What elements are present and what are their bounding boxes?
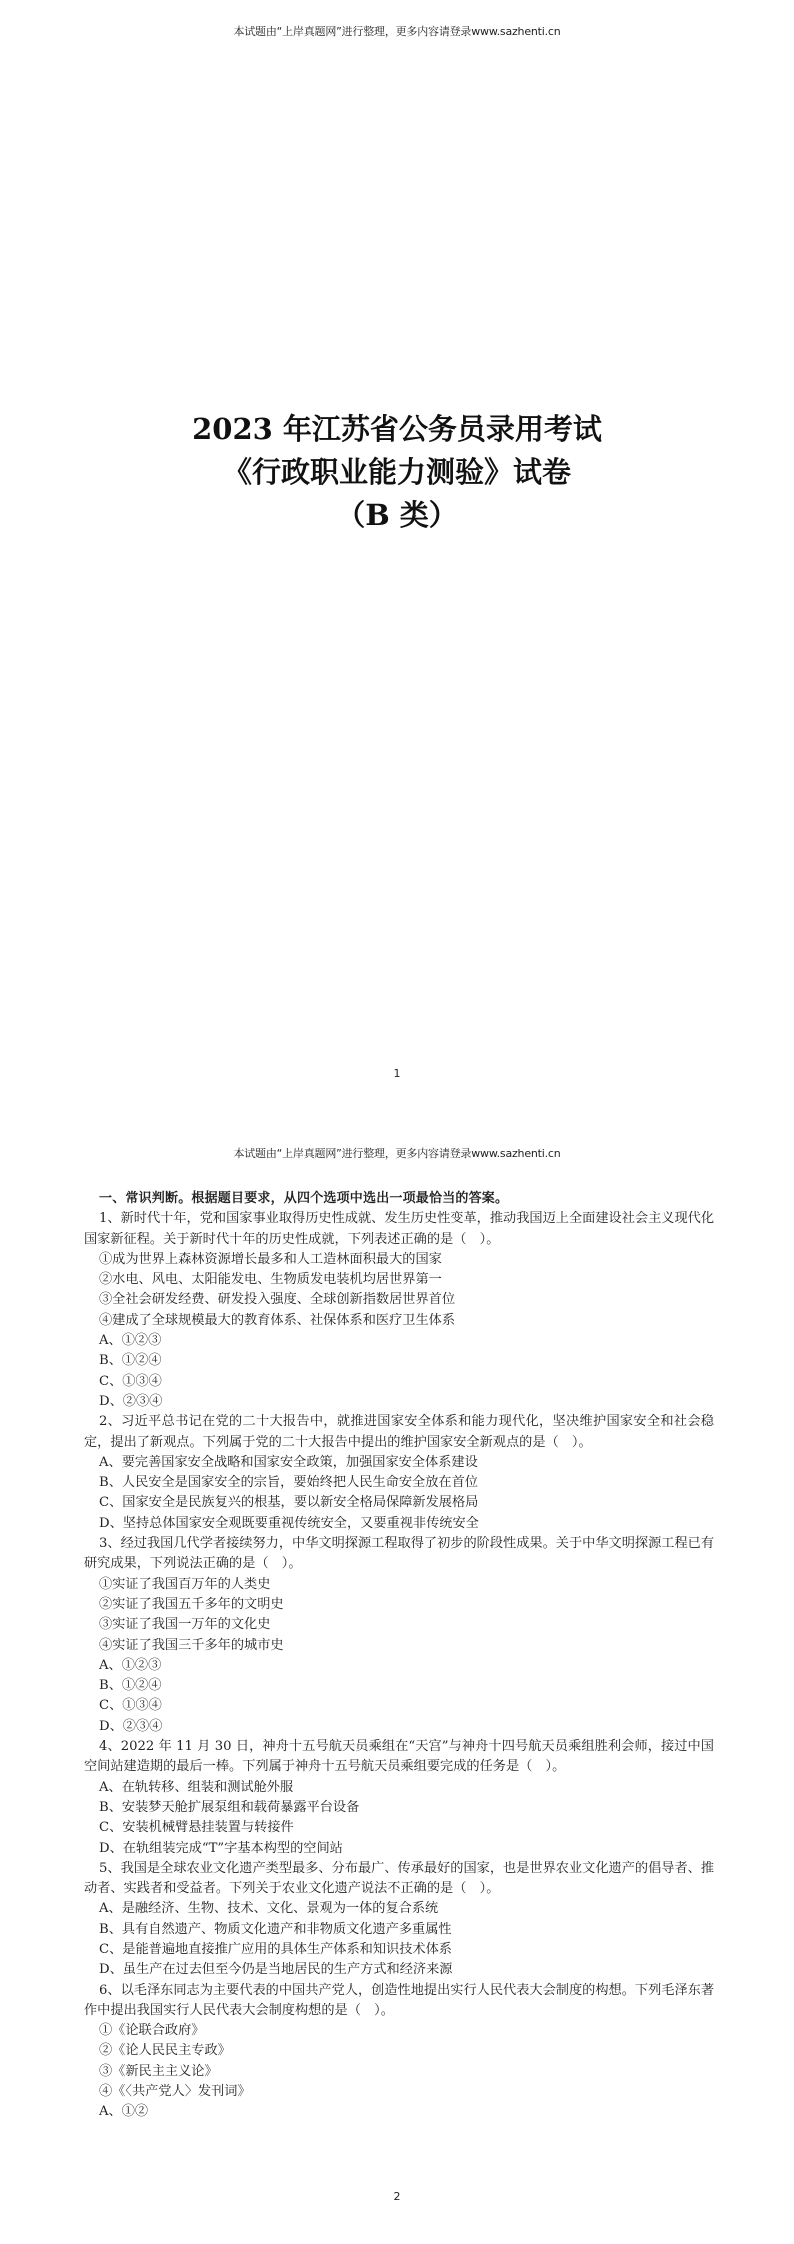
statement: ②水电、风电、太阳能发电、生物质发电装机均居世界第一: [84, 1270, 714, 1290]
option-c: C、安装机械臂悬挂装置与转接件: [84, 1818, 714, 1838]
title-line-2: 《行政职业能力测验》试卷: [0, 451, 794, 494]
section-title: 一、常识判断。根据题目要求，从四个选项中选出一项最恰当的答案。: [84, 1189, 714, 1209]
option-a: A、①②③: [84, 1656, 714, 1676]
option-c: C、是能普遍地直接推广应用的具体生产体系和知识技术体系: [84, 1940, 714, 1960]
question-stem: 4、2022 年 11 月 30 日，神舟十五号航天员乘组在“天宫”与神舟十四号…: [84, 1737, 714, 1778]
statement: ①成为世界上森林资源增长最多和人工造林面积最大的国家: [84, 1250, 714, 1270]
option-b: B、安装梦天舱扩展泵组和载荷暴露平台设备: [84, 1798, 714, 1818]
statement: ③实证了我国一万年的文化史: [84, 1615, 714, 1635]
statement: ④《〈共产党人〉发刊词》: [84, 2082, 714, 2102]
option-b: B、人民安全是国家安全的宗旨，要始终把人民生命安全放在首位: [84, 1473, 714, 1493]
question-content: 一、常识判断。根据题目要求，从四个选项中选出一项最恰当的答案。 1、新时代十年，…: [84, 1189, 714, 2123]
page-number: 1: [0, 1067, 794, 1080]
question-stem: 3、经过我国几代学者接续努力，中华文明探源工程取得了初步的阶段性成果。关于中华文…: [84, 1534, 714, 1575]
question-3: 3、经过我国几代学者接续努力，中华文明探源工程取得了初步的阶段性成果。关于中华文…: [84, 1534, 714, 1737]
option-d: D、②③④: [84, 1717, 714, 1737]
question-6: 6、以毛泽东同志为主要代表的中国共产党人，创造性地提出实行人民代表大会制度的构想…: [84, 1981, 714, 2123]
statement: ①《论联合政府》: [84, 2021, 714, 2041]
option-a: A、在轨转移、组装和测试舱外服: [84, 1778, 714, 1798]
option-b: B、①②④: [84, 1676, 714, 1696]
page-number: 2: [0, 2190, 794, 2203]
statement: ②《论人民民主专政》: [84, 2041, 714, 2061]
option-a: A、要完善国家安全战略和国家安全政策，加强国家安全体系建设: [84, 1453, 714, 1473]
header-watermark: 本试题由“上岸真题网”进行整理，更多内容请登录www.sazhenti.cn: [0, 23, 794, 39]
option-a: A、是融经济、生物、技术、文化、景观为一体的复合系统: [84, 1899, 714, 1919]
question-stem: 5、我国是全球农业文化遗产类型最多、分布最广、传承最好的国家，也是世界农业文化遗…: [84, 1859, 714, 1900]
option-d: D、坚持总体国家安全观既要重视传统安全，又要重视非传统安全: [84, 1514, 714, 1534]
option-c: C、国家安全是民族复兴的根基，要以新安全格局保障新发展格局: [84, 1493, 714, 1513]
question-5: 5、我国是全球农业文化遗产类型最多、分布最广、传承最好的国家，也是世界农业文化遗…: [84, 1859, 714, 1981]
option-d: D、在轨组装完成“T”字基本构型的空间站: [84, 1839, 714, 1859]
title-line-1: 2023 年江苏省公务员录用考试: [0, 408, 794, 451]
option-a: A、①②③: [84, 1331, 714, 1351]
statement: ①实证了我国百万年的人类史: [84, 1575, 714, 1595]
question-4: 4、2022 年 11 月 30 日，神舟十五号航天员乘组在“天宫”与神舟十四号…: [84, 1737, 714, 1859]
page-1: 本试题由“上岸真题网”进行整理，更多内容请登录www.sazhenti.cn 2…: [0, 0, 794, 1122]
question-stem: 6、以毛泽东同志为主要代表的中国共产党人，创造性地提出实行人民代表大会制度的构想…: [84, 1981, 714, 2022]
question-2: 2、习近平总书记在党的二十大报告中，就推进国家安全体系和能力现代化，坚决维护国家…: [84, 1412, 714, 1534]
statement: ②实证了我国五千多年的文明史: [84, 1595, 714, 1615]
option-d: D、②③④: [84, 1392, 714, 1412]
statement: ④实证了我国三千多年的城市史: [84, 1636, 714, 1656]
header-watermark: 本试题由“上岸真题网”进行整理，更多内容请登录www.sazhenti.cn: [0, 1145, 794, 1161]
option-c: C、①③④: [84, 1696, 714, 1716]
option-b: B、具有自然遗产、物质文化遗产和非物质文化遗产多重属性: [84, 1920, 714, 1940]
statement: ③全社会研发经费、研发投入强度、全球创新指数居世界首位: [84, 1290, 714, 1310]
option-b: B、①②④: [84, 1351, 714, 1371]
option-c: C、①③④: [84, 1372, 714, 1392]
option-a: A、①②: [84, 2102, 714, 2122]
question-1: 1、新时代十年，党和国家事业取得历史性成就、发生历史性变革，推动我国迈上全面建设…: [84, 1209, 714, 1412]
statement: ④建成了全球规模最大的教育体系、社保体系和医疗卫生体系: [84, 1311, 714, 1331]
page-2: 本试题由“上岸真题网”进行整理，更多内容请登录www.sazhenti.cn 一…: [0, 1122, 794, 2244]
title-line-3: （B 类）: [0, 494, 794, 537]
exam-title: 2023 年江苏省公务员录用考试 《行政职业能力测验》试卷 （B 类）: [0, 408, 794, 537]
question-stem: 2、习近平总书记在党的二十大报告中，就推进国家安全体系和能力现代化，坚决维护国家…: [84, 1412, 714, 1453]
option-d: D、虽生产在过去但至今仍是当地居民的生产方式和经济来源: [84, 1960, 714, 1980]
question-stem: 1、新时代十年，党和国家事业取得历史性成就、发生历史性变革，推动我国迈上全面建设…: [84, 1209, 714, 1250]
statement: ③《新民主主义论》: [84, 2062, 714, 2082]
